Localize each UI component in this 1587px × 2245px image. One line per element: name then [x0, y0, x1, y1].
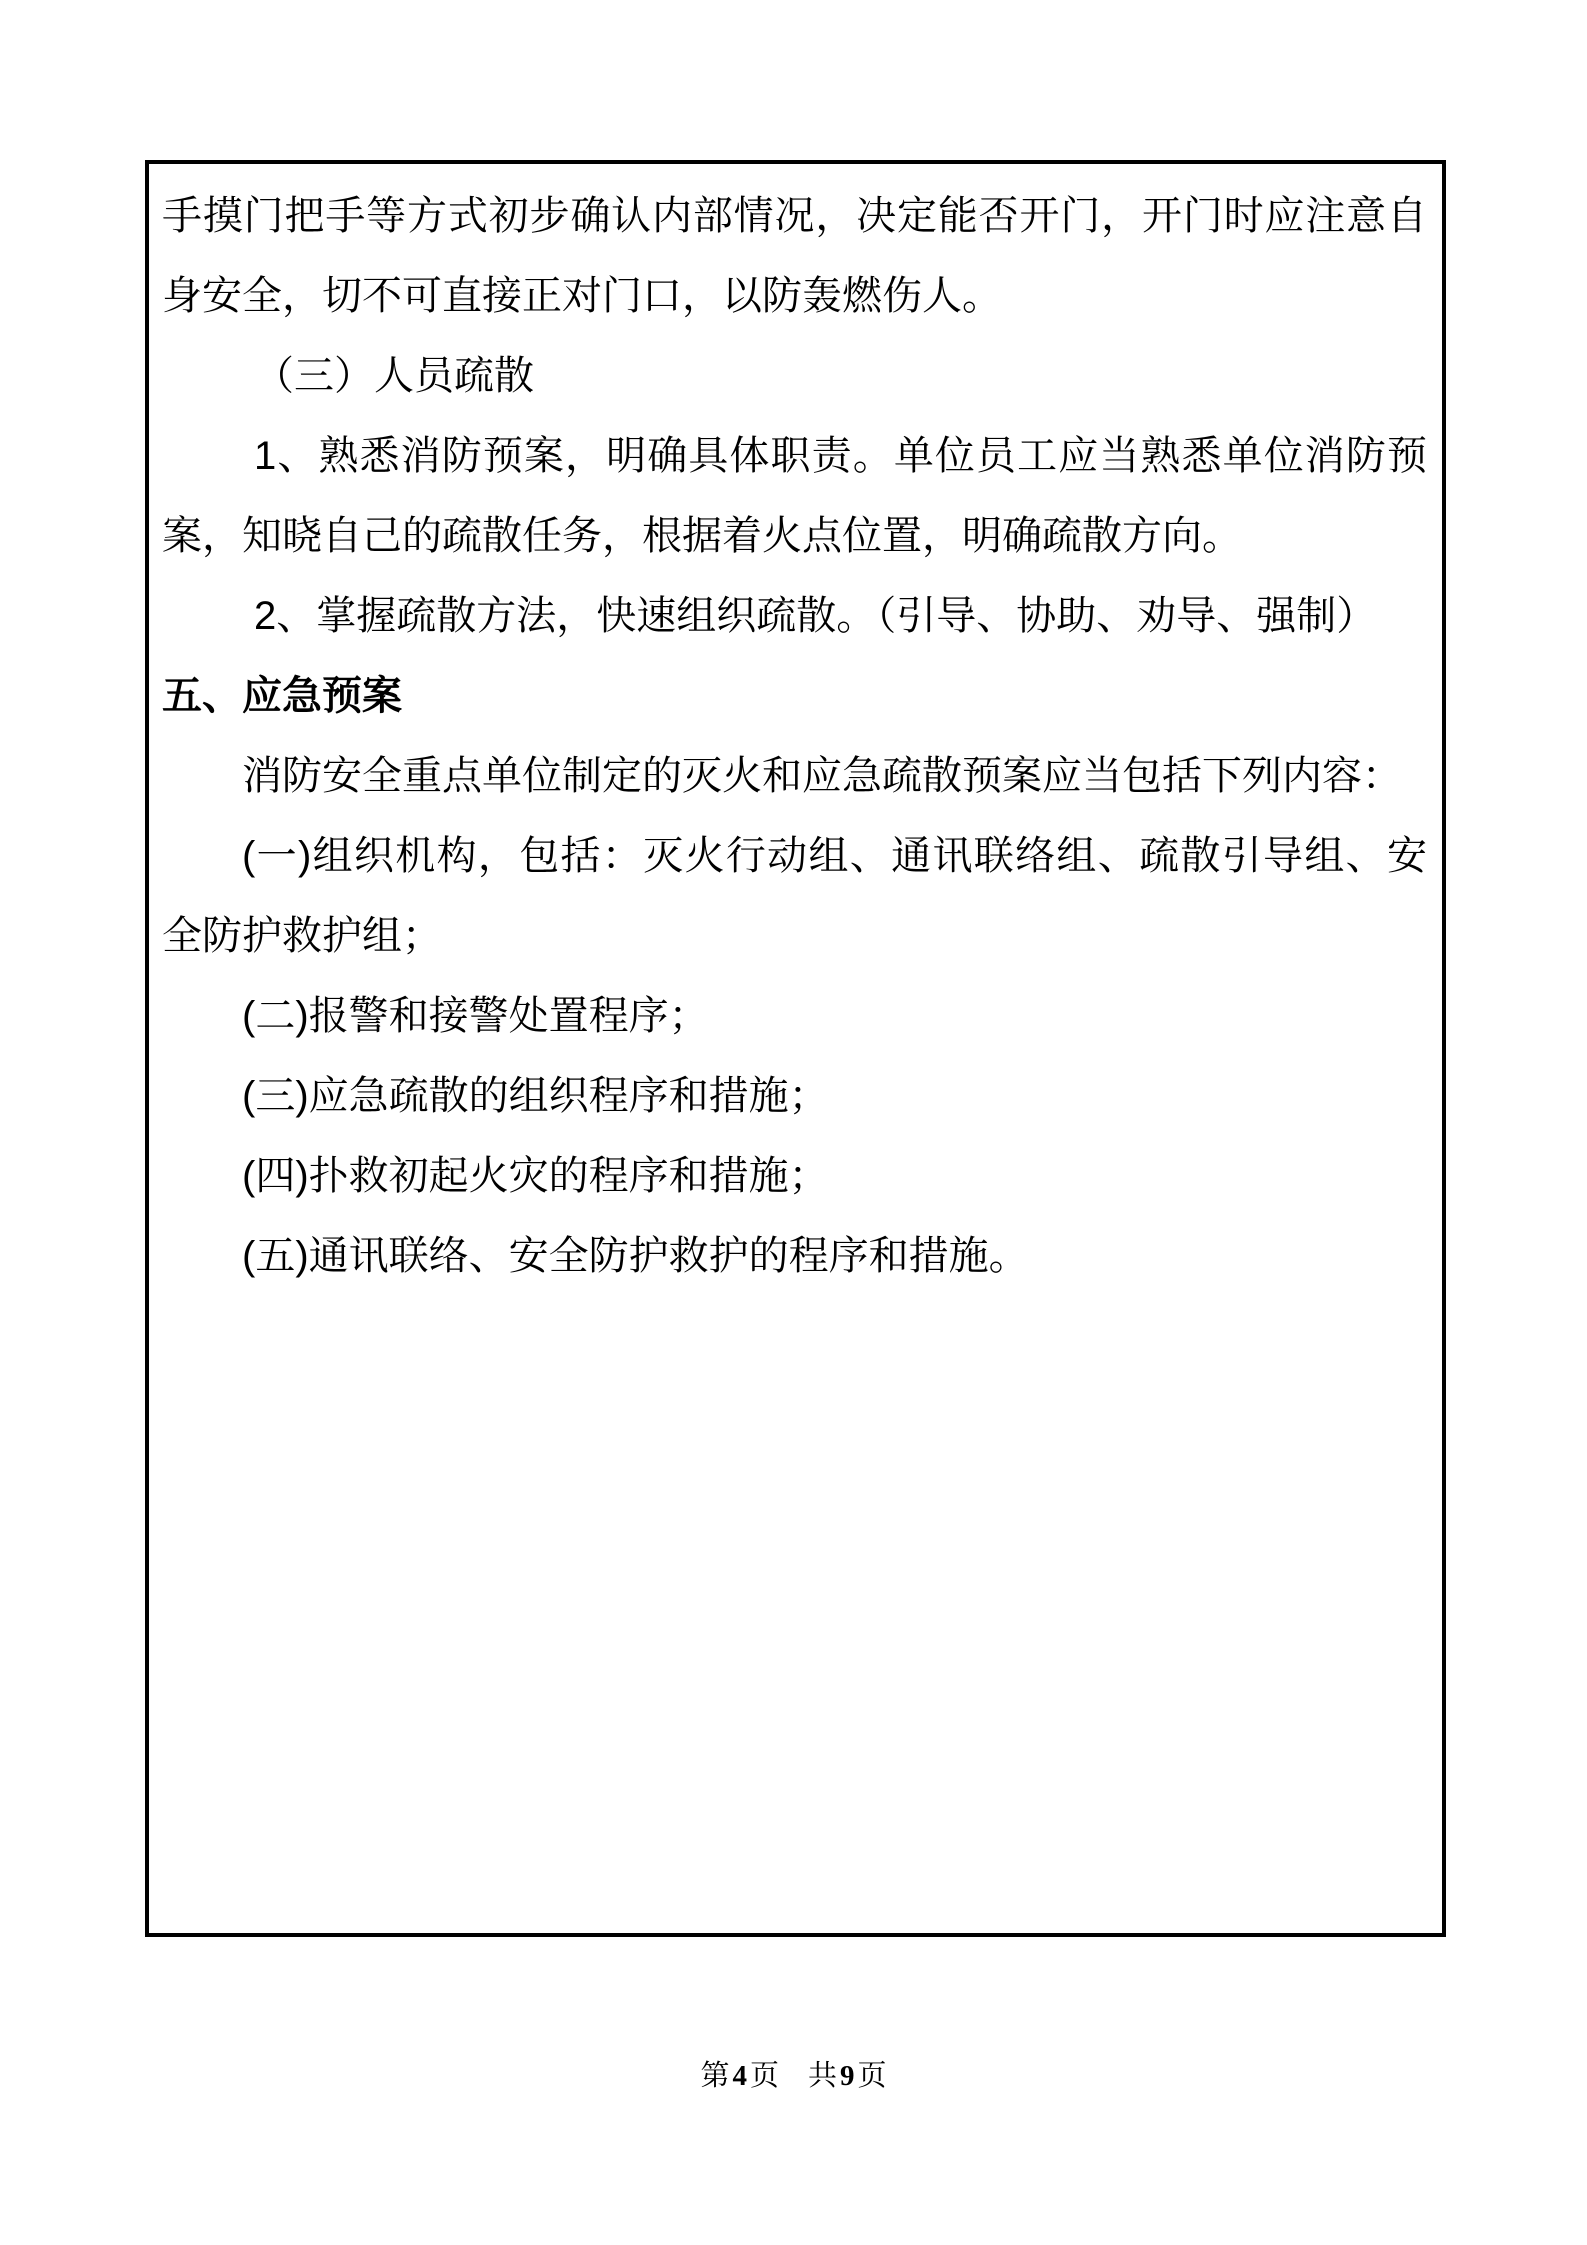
footer-label-page: 第	[700, 2060, 729, 2092]
paragraph: 1、熟悉消防预案，明确具体职责。单位员工应当熟悉单位消防预案，知晓自己的疏散任务…	[162, 416, 1427, 576]
paragraph: 五、应急预案	[162, 656, 1427, 736]
paragraph: (三)应急疏散的组织程序和措施；	[162, 1056, 1427, 1136]
paragraph: (四)扑救初起火灾的程序和措施；	[162, 1136, 1427, 1216]
page-footer: 第4页 共9页	[0, 2058, 1587, 2094]
footer-total-pages: 9	[840, 2060, 855, 2092]
paragraph: （三）人员疏散	[162, 336, 1427, 416]
paragraph: 手摸门把手等方式初步确认内部情况，决定能否开门，开门时应注意自身安全，切不可直接…	[162, 176, 1427, 336]
content-border-box: 手摸门把手等方式初步确认内部情况，决定能否开门，开门时应注意自身安全，切不可直接…	[145, 160, 1446, 1937]
document-body-text: 手摸门把手等方式初步确认内部情况，决定能否开门，开门时应注意自身安全，切不可直接…	[162, 176, 1427, 1296]
paragraph: (一)组织机构，包括：灭火行动组、通讯联络组、疏散引导组、安全防护救护组；	[162, 816, 1427, 976]
footer-label-total: 页 共	[750, 2060, 837, 2092]
footer-current-page: 4	[732, 2060, 747, 2092]
paragraph: (二)报警和接警处置程序；	[162, 976, 1427, 1056]
paragraph: (五)通讯联络、安全防护救护的程序和措施。	[162, 1216, 1427, 1296]
paragraph: 2、掌握疏散方法，快速组织疏散。（引导、协助、劝导、强制）	[162, 576, 1427, 656]
paragraph: 消防安全重点单位制定的灭火和应急疏散预案应当包括下列内容：	[162, 736, 1427, 816]
document-page: 手摸门把手等方式初步确认内部情况，决定能否开门，开门时应注意自身安全，切不可直接…	[0, 0, 1587, 2245]
footer-label-end: 页	[858, 2060, 887, 2092]
